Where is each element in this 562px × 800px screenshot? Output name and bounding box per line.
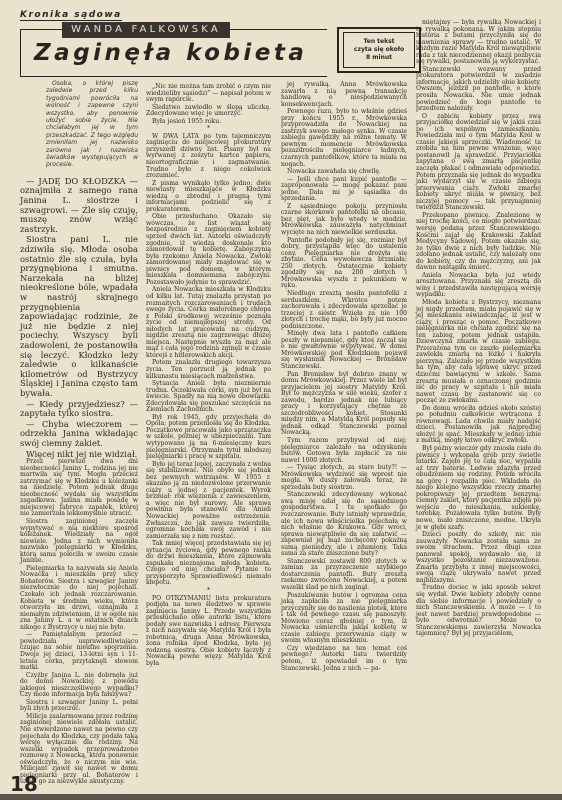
page-number: 18 bbox=[10, 772, 38, 796]
opening-block: — JADĘ DO KŁODZKA — oznajmiła z samego r… bbox=[20, 177, 138, 459]
article-paragraph: Sytuacja Anieli była niezmiernie trudna.… bbox=[146, 381, 271, 414]
article-paragraph: Przekopano piwnicę. Znaleziono w niej tr… bbox=[416, 213, 541, 272]
article-paragraph: „Nic nie można tam zrobić o czym nie wie… bbox=[146, 84, 271, 104]
article-paragraph: Stanczewski zostawił 800 złotych w zamia… bbox=[281, 559, 407, 592]
article-paragraph: Tym razem przybywał od niej: pielęgniarc… bbox=[281, 438, 407, 464]
article-paragraph: Młoda kobieta z Bystrzycy, nieznana jej … bbox=[416, 300, 541, 405]
reading-time-line: Ten tekst bbox=[363, 38, 394, 46]
article-paragraph: Niedługo zresztą nosiła pantofelki z ser… bbox=[281, 291, 407, 330]
body-block: Przez pierwsze dwa dni nieobecności Jani… bbox=[20, 459, 138, 786]
article-paragraph: — Jeśli chce pani kupić pantofle — zapro… bbox=[281, 177, 407, 203]
reading-time-box: Ten tekst czyta się około 8 minut bbox=[337, 27, 421, 73]
article-paragraph: Czyżby Janina L. nie dobrnęła już do dom… bbox=[20, 673, 138, 699]
article-paragraph: Pantofle podobały jej się, rozmiar był d… bbox=[281, 238, 407, 290]
article-paragraph: Z sąsiedniego pokoju przyniosła czarne s… bbox=[281, 204, 407, 237]
section-label: Kronika sądowa bbox=[20, 10, 122, 21]
body-block: miętajmy — była rywalką Nowackiej i to r… bbox=[416, 20, 541, 638]
article-column-3: jej rywalką. Anna Mrówkowska zawarła z n… bbox=[281, 82, 407, 672]
reading-time-text: Ten tekst czyta się około 8 minut bbox=[343, 32, 415, 68]
article-paragraph: miętajmy — była rywalką Nowackiej i to r… bbox=[416, 20, 541, 66]
section-separator: * bbox=[146, 126, 271, 133]
article-paragraph: Pewnego razu, było to właśnie gdzieś prz… bbox=[281, 109, 407, 168]
article-paragraph: Pielęgniarka ta nazywała się Aniela Nowa… bbox=[20, 566, 138, 631]
article-paragraph: Do domu wróciła gdzieś około szóstej po … bbox=[416, 406, 541, 445]
article-column-1: Osoba, o której piszę zaledwie przed kil… bbox=[20, 80, 138, 786]
article-paragraph: Nowacka zawahała się chwilę. bbox=[281, 169, 407, 176]
article-paragraph: W DWA LATA po tym tajemniczym zaginięciu… bbox=[146, 134, 271, 180]
article-paragraph: Było jej teraz lepiej, zaczynała z wolna… bbox=[146, 462, 271, 541]
reading-time-line: 8 minut bbox=[366, 54, 392, 62]
article-paragraph: jej rywalką. Anna Mrówkowska zawarła z n… bbox=[281, 82, 407, 108]
article-paragraph: Aniela Nowacka była już wtedy aresztowan… bbox=[416, 273, 541, 299]
article-paragraph: Poszukiwanie butów i ogromna cena jaką z… bbox=[281, 593, 407, 645]
article-paragraph: Czy wiedziano na ten temat coś pewnego? … bbox=[281, 646, 407, 672]
lead-note: Osoba, o której piszę zaledwie przed kil… bbox=[20, 80, 138, 169]
article-title: Zaginęła kobieta bbox=[34, 40, 307, 66]
article-paragraph: PO OTRZYMANIU listu prokuratura podjęła … bbox=[146, 596, 271, 668]
opening-paragraph: — Kiedy przyjedziesz? — zapytała tylko s… bbox=[20, 400, 138, 419]
article-paragraph: Przez pierwsze dwa dni nieobecności Jani… bbox=[20, 459, 138, 518]
article-paragraph: Był późny wieczór gdy zniosła ciało do p… bbox=[416, 446, 541, 531]
article-paragraph: Minęły dwa lata i pantofle całkiem poszł… bbox=[281, 331, 407, 370]
opening-paragraph: — Chyba wieczorem — odrzekła Janina wkła… bbox=[20, 420, 138, 449]
magazine-page: Kronika sądowa WANDA FALKOWSKA Zaginęła … bbox=[0, 0, 562, 800]
article-paragraph: Aniela Nowacka mieszkała w Kłodzku od ki… bbox=[146, 287, 271, 359]
article-paragraph: Dzieci poszły do szkoły, nic nie zauważy… bbox=[416, 532, 541, 584]
article-paragraph: Stanczewski wezwany przed prokuratora po… bbox=[416, 67, 541, 113]
article-paragraph: Z pisma wynikało tylko jedno: dwie niewi… bbox=[146, 181, 271, 214]
article-paragraph: — Tysiąc złotych, za stare buty?! — Mrów… bbox=[281, 465, 407, 491]
author-byline: WANDA FALKOWSKA bbox=[62, 22, 230, 38]
body-block: „Nic nie można tam zrobić o czym nie wie… bbox=[146, 84, 271, 668]
article-paragraph: Pan Bronisław był dobrze znany w domu Mr… bbox=[281, 372, 407, 437]
article-paragraph: Trudno dociec w jaki sposób sekret się w… bbox=[416, 585, 541, 637]
lead-paragraph: Osoba, o której piszę zaledwie przed kil… bbox=[46, 80, 138, 169]
article-paragraph: Śledztwo zawiodło w ślepą uliczkę. Zdecy… bbox=[146, 105, 271, 118]
article-paragraph: Stanczewski zdecydowany wykonać swą misj… bbox=[281, 492, 407, 557]
article-paragraph: Był rok 1945, gdy przyjechała do Opola; … bbox=[146, 415, 271, 461]
page-edge bbox=[0, 794, 562, 800]
opening-paragraph: — JADĘ DO KŁODZKA — oznajmiła z samego r… bbox=[20, 177, 138, 235]
article-paragraph: — Pamiętałabym przecież — powiedziała us… bbox=[20, 632, 138, 671]
article-paragraph: Siostra zaginionej zaczęła wypytywać o n… bbox=[20, 519, 138, 565]
article-column-4: miętajmy — była rywalką Nowackiej i to r… bbox=[416, 20, 541, 638]
section-separator: * bbox=[146, 588, 271, 595]
body-block: jej rywalką. Anna Mrówkowska zawarła z n… bbox=[281, 82, 407, 672]
article-paragraph: Siostra i szwagier Janiny L. pełni byli … bbox=[20, 700, 138, 713]
article-paragraph: Obie przesłuchano. Okazało się wówczas, … bbox=[146, 214, 271, 286]
article-paragraph: O zabiciu kobiety przez swą przyjaciółkę… bbox=[416, 114, 541, 212]
article-paragraph: Tak mniej więcej przedstawiała się jej s… bbox=[146, 541, 271, 587]
opening-paragraph: Siostra pani L. nie zdziwiła się. Młoda … bbox=[20, 235, 138, 398]
article-paragraph: Potem znalazła drugiego towarzysza życia… bbox=[146, 360, 271, 380]
reading-time-line: czyta się około bbox=[354, 46, 404, 54]
article-column-2: „Nic nie można tam zrobić o czym nie wie… bbox=[146, 84, 271, 668]
